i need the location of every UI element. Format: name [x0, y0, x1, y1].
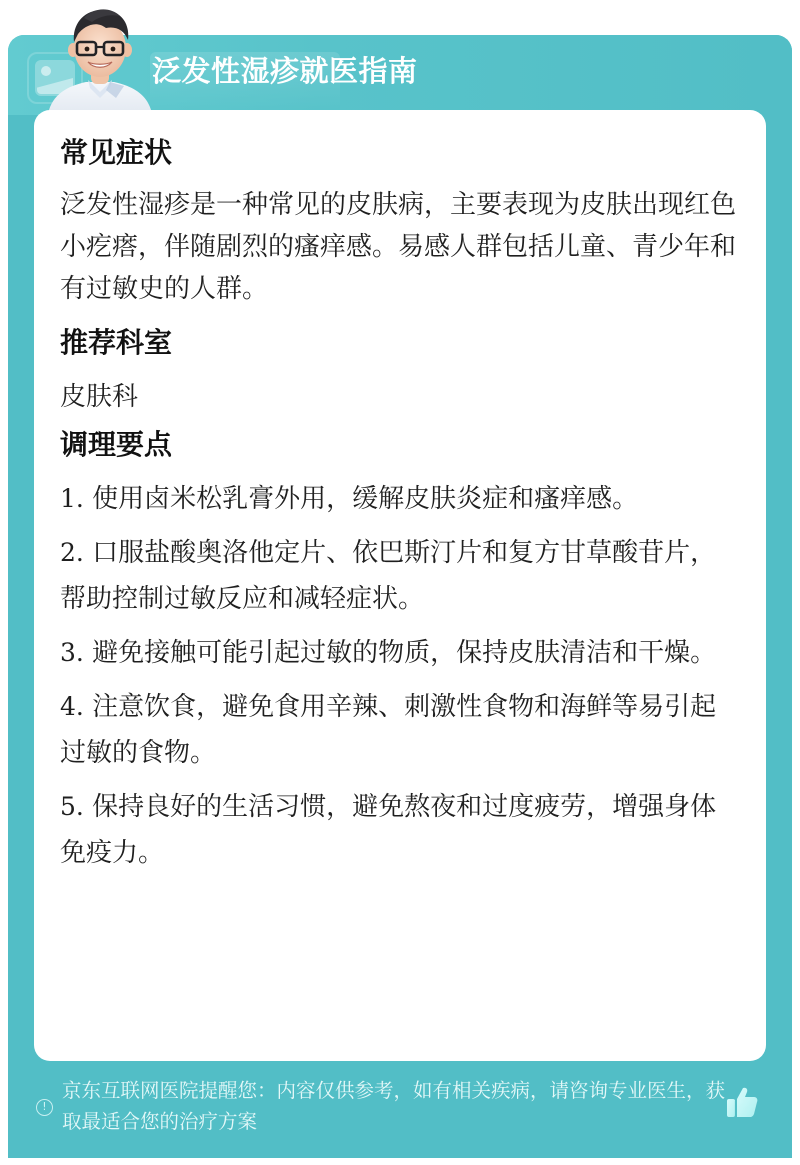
care-item-number: 5.	[60, 792, 84, 821]
doctor-avatar	[44, 6, 156, 114]
care-item-number: 1.	[60, 484, 84, 513]
care-item: 3. 避免接触可能引起过敏的物质，保持皮肤清洁和干燥。	[60, 630, 740, 676]
care-item-number: 2.	[60, 538, 84, 567]
disclaimer-text: 京东互联网医院提醒您：内容仅供参考，如有相关疾病，请咨询专业医生，获取最适合您的…	[62, 1075, 736, 1137]
department-text: 皮肤科	[60, 376, 740, 418]
care-heading: 调理要点	[60, 426, 740, 464]
department-heading: 推荐科室	[60, 324, 740, 362]
care-item-text: 口服盐酸奥洛他定片、依巴斯汀片和复方甘草酸苷片，帮助控制过敏反应和减轻症状。	[60, 538, 716, 614]
care-item-number: 4.	[60, 692, 84, 721]
care-item: 5. 保持良好的生活习惯，避免熬夜和过度疲劳，增强身体免疫力。	[60, 784, 740, 876]
content-card: 常见症状 泛发性湿疹是一种常见的皮肤病，主要表现为皮肤出现红色小疙瘩，伴随剧烈的…	[34, 110, 766, 1061]
care-item: 1. 使用卤米松乳膏外用，缓解皮肤炎症和瘙痒感。	[60, 476, 740, 522]
symptoms-heading: 常见症状	[60, 134, 740, 172]
disclaimer-footer: ! 京东互联网医院提醒您：内容仅供参考，如有相关疾病，请咨询专业医生，获取最适合…	[36, 1075, 736, 1137]
info-icon: !	[36, 1099, 53, 1116]
care-item-text: 避免接触可能引起过敏的物质，保持皮肤清洁和干燥。	[92, 638, 716, 668]
care-item-text: 注意饮食，避免食用辛辣、刺激性食物和海鲜等易引起过敏的食物。	[60, 692, 716, 768]
symptoms-text: 泛发性湿疹是一种常见的皮肤病，主要表现为皮肤出现红色小疙瘩，伴随剧烈的瘙痒感。易…	[60, 184, 740, 310]
care-item-number: 3.	[60, 638, 84, 667]
thumbs-up-icon[interactable]	[725, 1085, 759, 1119]
care-item: 2. 口服盐酸奥洛他定片、依巴斯汀片和复方甘草酸苷片，帮助控制过敏反应和减轻症状…	[60, 530, 740, 622]
care-item-text: 使用卤米松乳膏外用，缓解皮肤炎症和瘙痒感。	[92, 484, 638, 514]
page-title: 泛发性湿疹就医指南	[152, 52, 418, 90]
care-item-text: 保持良好的生活习惯，避免熬夜和过度疲劳，增强身体免疫力。	[60, 792, 716, 868]
care-list: 1. 使用卤米松乳膏外用，缓解皮肤炎症和瘙痒感。 2. 口服盐酸奥洛他定片、依巴…	[60, 476, 740, 876]
care-item: 4. 注意饮食，避免食用辛辣、刺激性食物和海鲜等易引起过敏的食物。	[60, 684, 740, 776]
